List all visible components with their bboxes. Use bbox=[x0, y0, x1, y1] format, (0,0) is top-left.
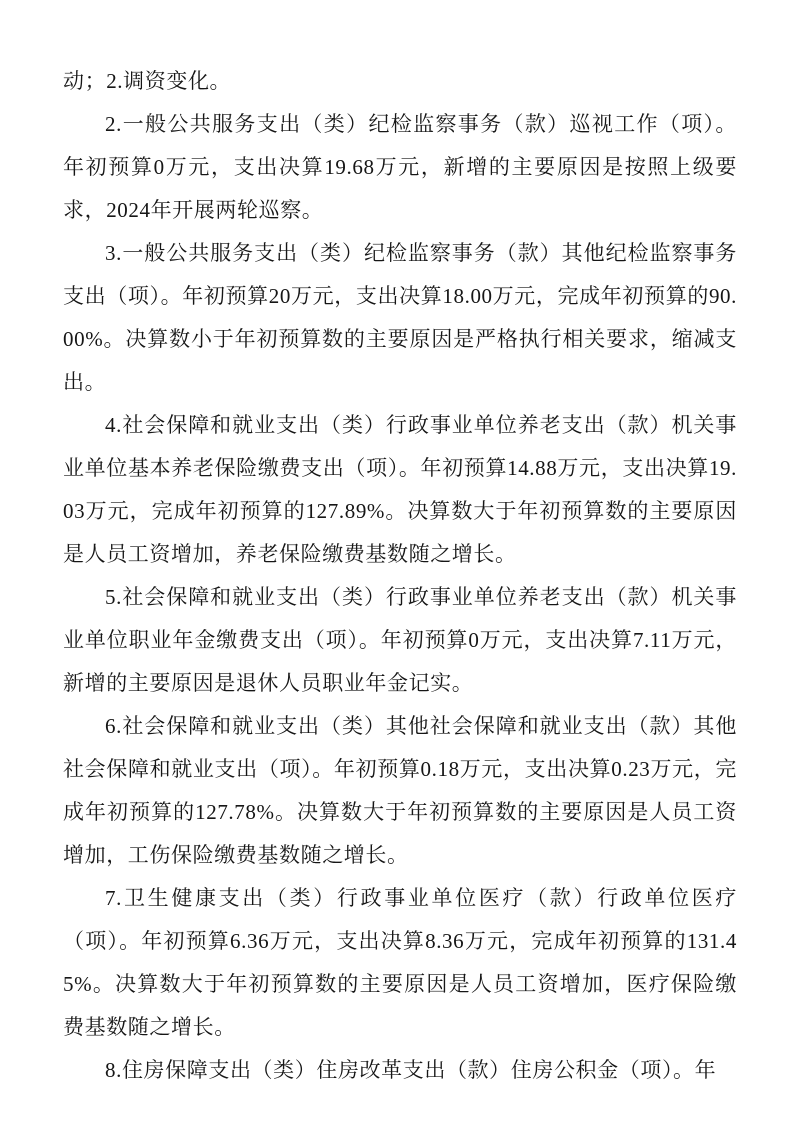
paragraph-item-2: 2.一般公共服务支出（类）纪检监察事务（款）巡视工作（项）。年初预算0万元，支出… bbox=[63, 103, 737, 232]
paragraph-item-7: 7.卫生健康支出（类）行政事业单位医疗（款）行政单位医疗（项）。年初预算6.36… bbox=[63, 877, 737, 1049]
paragraph-item-6: 6.社会保障和就业支出（类）其他社会保障和就业支出（款）其他社会保障和就业支出（… bbox=[63, 705, 737, 877]
paragraph-item-4: 4.社会保障和就业支出（类）行政事业单位养老支出（款）机关事业单位基本养老保险缴… bbox=[63, 404, 737, 576]
paragraph-continuation: 动；2.调资变化。 bbox=[63, 60, 737, 103]
document-page: 动；2.调资变化。 2.一般公共服务支出（类）纪检监察事务（款）巡视工作（项）。… bbox=[0, 0, 793, 1122]
paragraph-item-8: 8.住房保障支出（类）住房改革支出（款）住房公积金（项）。年 bbox=[63, 1049, 737, 1092]
paragraph-item-3: 3.一般公共服务支出（类）纪检监察事务（款）其他纪检监察事务支出（项）。年初预算… bbox=[63, 232, 737, 404]
paragraph-item-5: 5.社会保障和就业支出（类）行政事业单位养老支出（款）机关事业单位职业年金缴费支… bbox=[63, 576, 737, 705]
body-text: 动；2.调资变化。 2.一般公共服务支出（类）纪检监察事务（款）巡视工作（项）。… bbox=[63, 60, 737, 1092]
